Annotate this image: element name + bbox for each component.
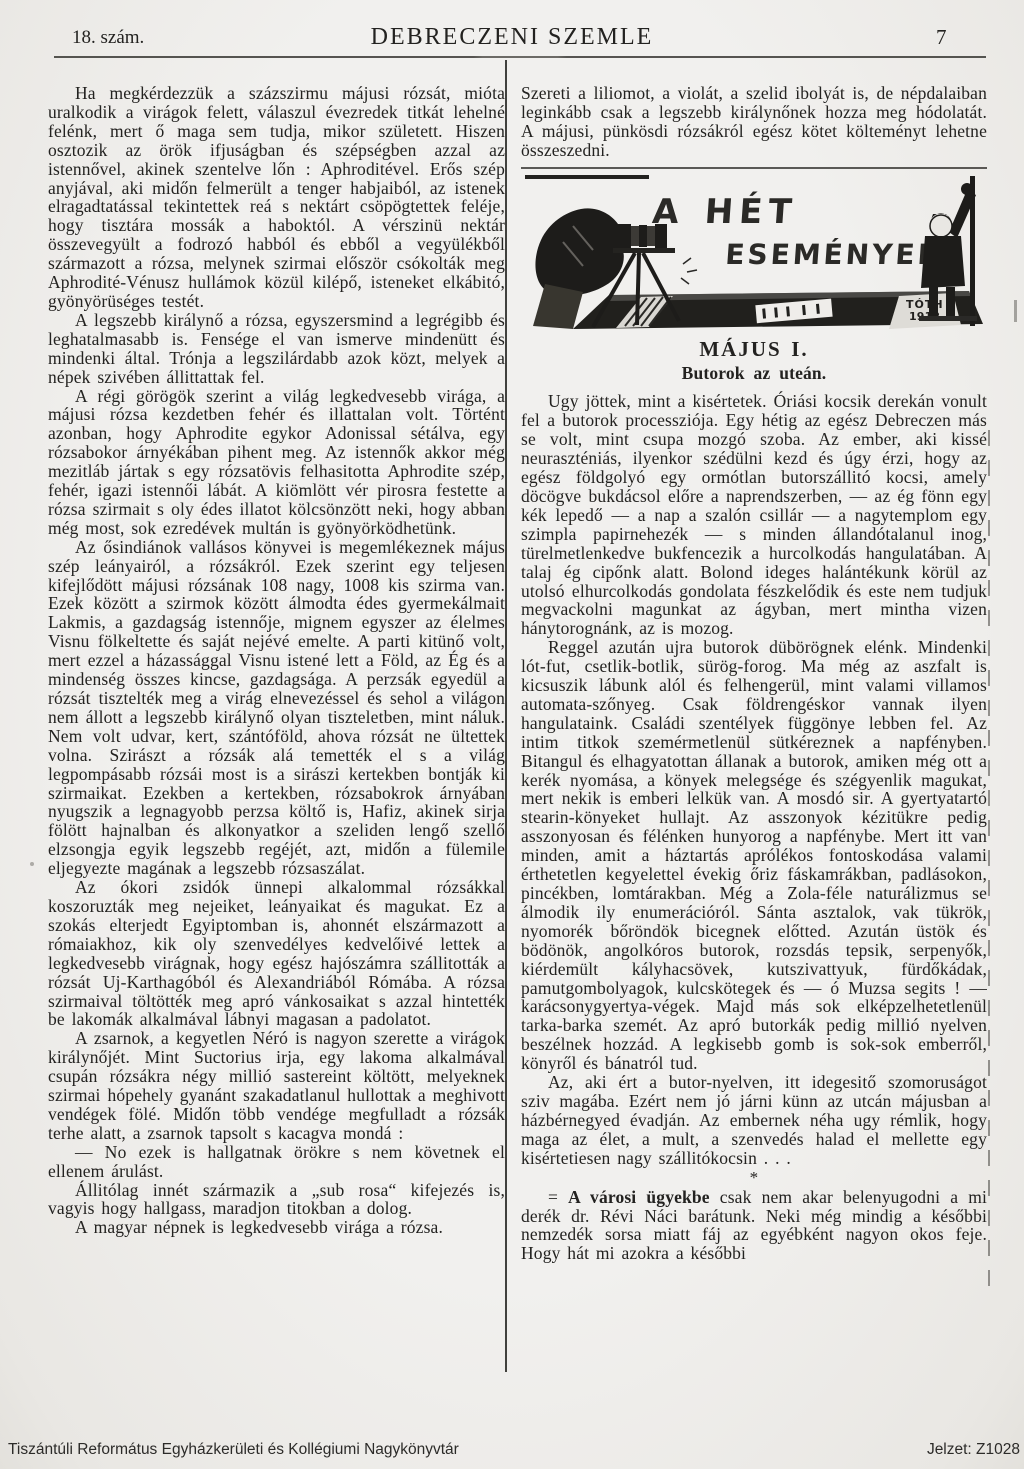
photographer-cloak xyxy=(533,284,583,329)
library-name: Tiszántúli Református Egyházkerületi és … xyxy=(8,1441,459,1459)
news-item-title: A városi ügyekbe xyxy=(568,1187,710,1207)
shelfmark: Jelzet: Z1028 xyxy=(927,1441,1020,1459)
section-subheading: Butorok az uteán. xyxy=(521,364,987,383)
paragraph: A legszebb királynő a rózsa, egyszersmin… xyxy=(48,311,505,387)
header-rule xyxy=(54,56,986,58)
banner-title-line2: ESEMÉNYEI xyxy=(724,237,932,271)
right-column: Szereti a liliomot, a violát, a szelid i… xyxy=(521,84,987,1263)
paragraph: A magyar népnek is legkedvesebb virága a… xyxy=(48,1218,505,1237)
issue-number: 18. szám. xyxy=(72,27,144,49)
banner-top-bar xyxy=(525,175,649,179)
left-column: Ha megkérdezzük a százszirmu májusi rózs… xyxy=(48,84,505,1237)
paragraph: A régi görögök szerint a világ legkedves… xyxy=(48,387,505,538)
scanned-page: 18. szám. DEBRECZENI SZEMLE 7 Ha megkérd… xyxy=(0,0,1024,1469)
week-events-banner-illustration: A HÉT ESEMÉNYEI TÓTH 1912 xyxy=(521,174,987,331)
page-number: 7 xyxy=(936,25,947,50)
paragraph: Reggel azután ujra butorok dübörögnek el… xyxy=(521,638,987,1073)
banner-title-line1: A HÉT xyxy=(651,191,799,232)
column-divider xyxy=(505,60,507,1372)
photographer-figure xyxy=(535,208,623,295)
section-rule xyxy=(521,167,987,169)
paragraph: A zsarnok, a kegyetlen Néró is nagyon sz… xyxy=(48,1029,505,1142)
paragraph: Ugy jöttek, mint a kisértetek. Óriási ko… xyxy=(521,392,987,638)
scan-artifact-speck xyxy=(30,862,34,866)
intro-paragraph: Szereti a liliomot, a violát, a szelid i… xyxy=(521,84,987,160)
section-heading: MÁJUS I. xyxy=(521,340,987,359)
paragraph: Az ókori zsidók ünnepi alkalommal rózsák… xyxy=(48,878,505,1029)
paragraph: Az, aki ért a butor-nyelven, itt idegesi… xyxy=(521,1073,987,1168)
journal-title: DEBRECZENI SZEMLE xyxy=(371,24,654,51)
paragraph: Állitólag innét származik a „sub rosa“ k… xyxy=(48,1181,505,1219)
asterisk-separator: * xyxy=(521,1169,987,1186)
paragraph: Az ősindiánok vallásos könyvei is megeml… xyxy=(48,538,505,878)
sparkle-marks xyxy=(681,258,697,284)
paragraph: Ha megkérdezzük a százszirmu májusi rózs… xyxy=(48,84,505,311)
news-item-prefix: = xyxy=(548,1187,568,1207)
paragraph: — No ezek is hallgatnak örökre s nem köv… xyxy=(48,1143,505,1181)
news-item: = A városi ügyekbe csak nem akar belenyu… xyxy=(521,1188,987,1264)
scan-artifact-edge-line xyxy=(988,430,990,1300)
scan-artifact-speck xyxy=(1014,300,1017,322)
